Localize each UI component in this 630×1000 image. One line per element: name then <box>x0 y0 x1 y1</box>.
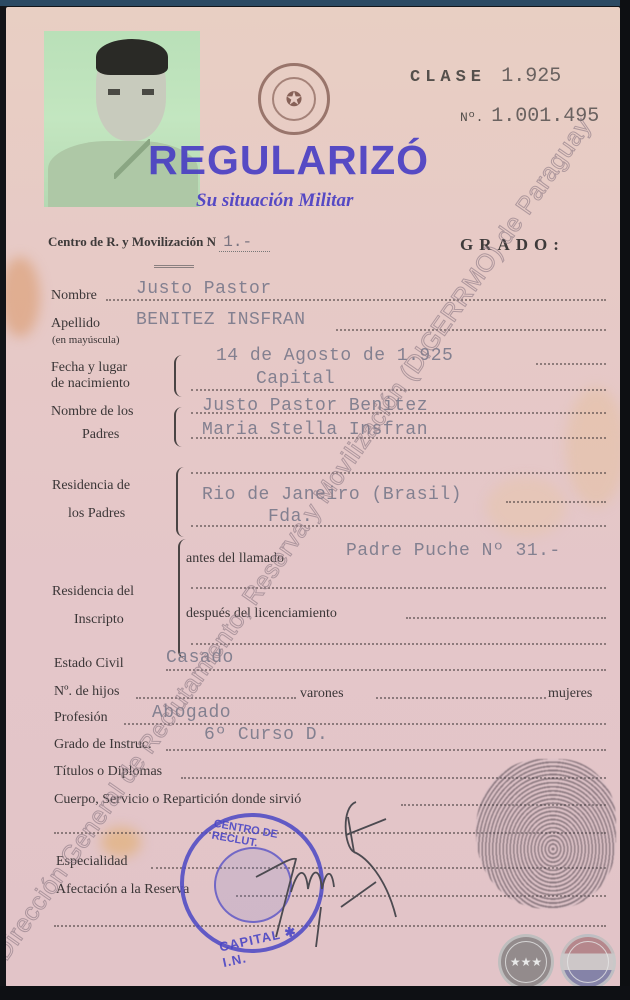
dotted-line <box>166 749 606 751</box>
dotted-line <box>406 617 606 619</box>
lugar-value: Capital <box>256 369 335 389</box>
brace <box>174 355 184 397</box>
fecha-label-2: de nacimiento <box>51 377 130 392</box>
clase-field: CLASE 1.925 <box>410 65 561 88</box>
centro-value: 1.- <box>219 233 270 252</box>
estado-civil-label: Estado Civil <box>54 657 124 672</box>
badge-symbol <box>567 941 609 983</box>
signature-icon <box>236 797 416 947</box>
dotted-line <box>191 525 606 527</box>
dotted-line <box>336 329 606 331</box>
apellido-sublabel: (en mayúscula) <box>52 335 120 347</box>
mujeres-label: mujeres <box>548 687 592 702</box>
dotted-line <box>136 697 296 699</box>
padres-label-2: Padres <box>82 428 119 443</box>
dotted-line <box>124 723 606 725</box>
grado-instruccion-value: 6º Curso D. <box>204 725 328 745</box>
afectacion-label: Afectación a la Reserva <box>56 883 189 898</box>
regularizo-stamp: REGULARIZÓ <box>148 137 429 184</box>
apellido-label: Apellido <box>51 317 100 332</box>
centro-label: Centro de R. y Movilización N <box>48 234 216 249</box>
varones-label: varones <box>300 687 344 702</box>
national-seal-icon: ✪ <box>258 63 330 135</box>
divider <box>154 265 194 268</box>
fecha-label-1: Fecha y lugar <box>51 361 127 376</box>
brace <box>176 467 186 537</box>
fingerprint-icon <box>476 759 616 909</box>
apellido-value: BENITEZ INSFRAN <box>136 310 306 330</box>
top-frame-bar <box>0 0 630 6</box>
clase-value: 1.925 <box>501 65 561 88</box>
photo-collar <box>114 139 150 179</box>
residencia-padres-label-1: Residencia de <box>52 479 130 494</box>
archive-badge-stars-icon: ★★★ <box>498 934 554 990</box>
nombre-value: Justo Pastor <box>136 279 272 299</box>
residencia-inscripto-label-1: Residencia del <box>52 585 134 600</box>
dotted-line <box>536 363 606 365</box>
photo-eyes <box>108 89 154 95</box>
nombre-label: Nombre <box>51 289 97 304</box>
antes-value: Padre Puche Nº 31.- <box>346 541 561 561</box>
photo-hair <box>96 39 168 75</box>
padres-label-1: Nombre de los <box>51 405 133 420</box>
dotted-line <box>191 472 606 474</box>
hijos-label: Nº. de hijos <box>54 685 119 700</box>
seal-star-icon: ✪ <box>272 77 316 121</box>
profesion-label: Profesión <box>54 711 108 726</box>
residencia-padres-label-2: los Padres <box>68 507 125 522</box>
numero-label: Nº. <box>460 110 483 125</box>
dotted-line <box>106 299 606 301</box>
military-registration-card: ✪ CLASE 1.925 Nº. 1.001.495 REGULARIZÓ S… <box>6 7 620 987</box>
dotted-line <box>191 643 606 645</box>
residencia-inscripto-label-2: Inscripto <box>74 613 124 628</box>
archive-badge-flag-icon <box>560 934 616 990</box>
paper-stain <box>566 387 620 507</box>
centro-movilizacion: Centro de R. y Movilización N 1.- <box>48 233 270 251</box>
situacion-militar-stamp: Su situación Militar <box>196 190 353 212</box>
paper-stain <box>486 477 566 537</box>
scan-border-bottom <box>0 986 630 1000</box>
brace <box>174 407 184 447</box>
clase-label: CLASE <box>410 68 486 87</box>
dotted-line <box>191 437 606 439</box>
badge-symbol: ★★★ <box>505 941 547 983</box>
paper-stain <box>6 257 40 337</box>
dotted-line <box>506 501 606 503</box>
dotted-line <box>376 697 546 699</box>
scan-border-right <box>620 0 630 1000</box>
dotted-line <box>166 669 606 671</box>
